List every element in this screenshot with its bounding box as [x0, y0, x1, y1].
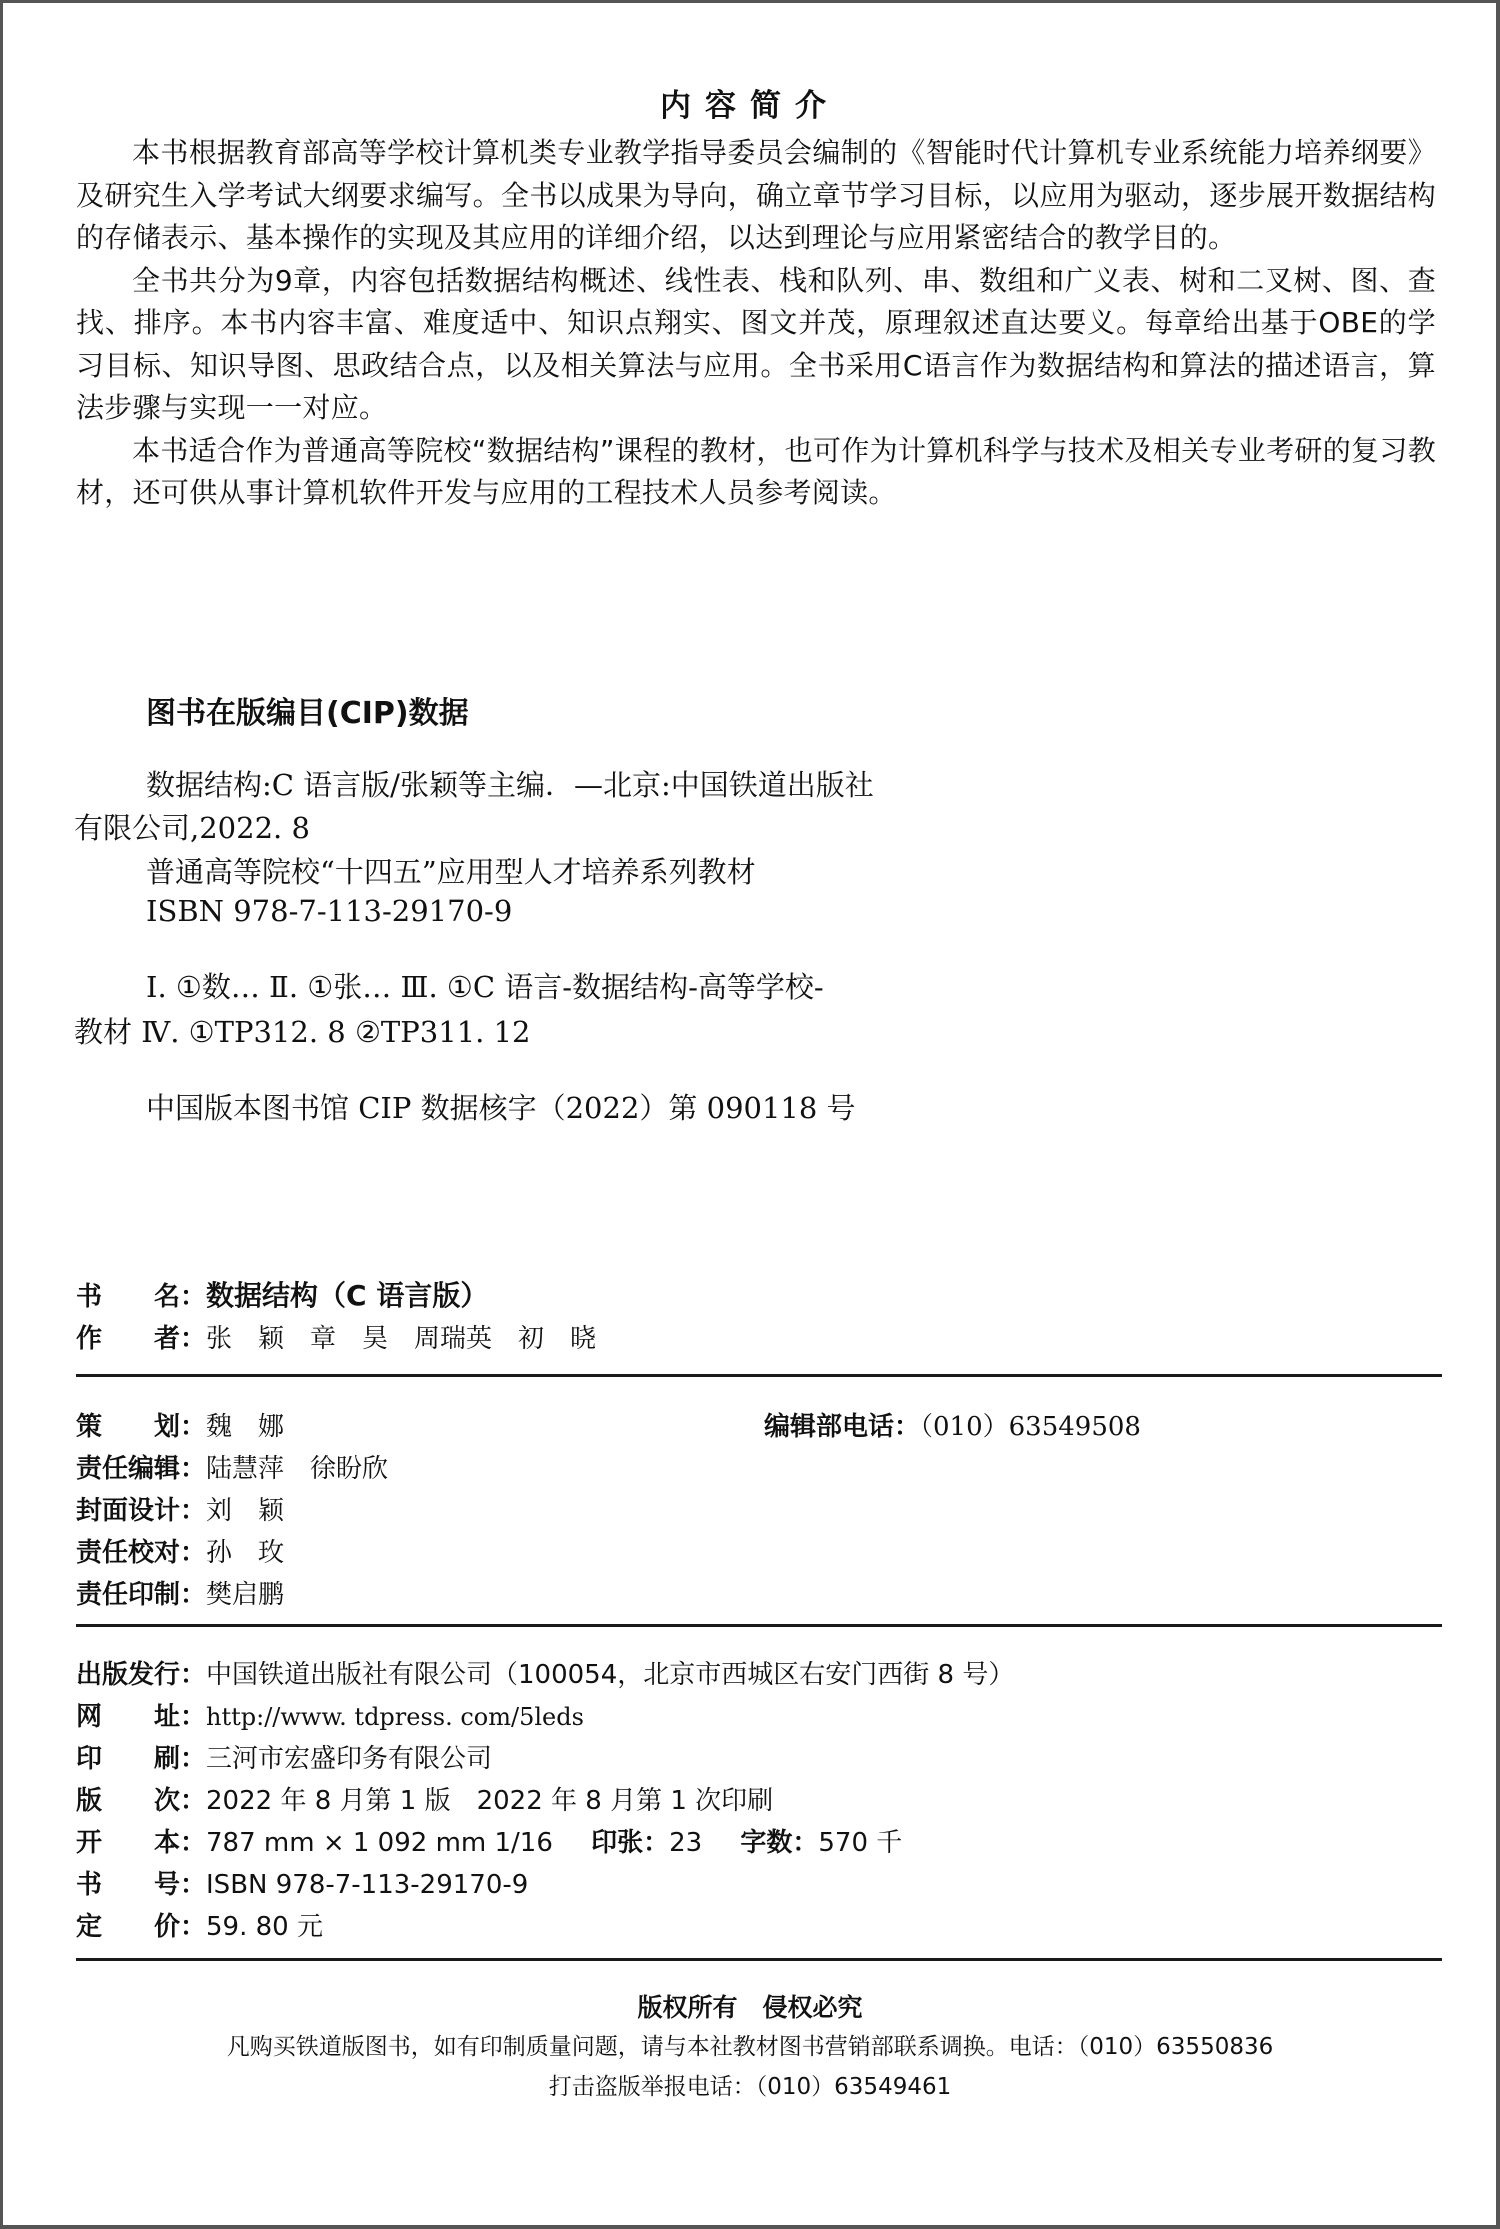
staff-label: 责任校对：	[76, 1538, 206, 1568]
editorial-phone: 编辑部电话：（010）63549508	[764, 1406, 1141, 1443]
book-author-label: 作 者：	[76, 1324, 206, 1354]
staff-value: 樊启鹏	[206, 1580, 284, 1610]
staff-label: 责任印制：	[76, 1580, 206, 1610]
staff-value: 魏 娜	[206, 1412, 284, 1442]
staff-label: 策 划：	[76, 1412, 206, 1442]
cip-line-isbn: ISBN 978-7-113-29170-9	[146, 894, 512, 928]
pub-value: 787 mm × 1 092 mm 1/16	[206, 1828, 553, 1858]
staff-label: 封面设计：	[76, 1496, 206, 1526]
pub-row: 书 号：ISBN 978-7-113-29170-9	[76, 1864, 528, 1901]
editorial-phone-value: （010）63549508	[920, 1412, 1141, 1442]
copyright-notice: 凡购买铁道版图书，如有印制质量问题，请与本社教材图书营销部联系调换。电话：（01…	[0, 2028, 1500, 2061]
cip-heading: 图书在版编目(CIP)数据	[146, 688, 469, 732]
sheets-label: 印张：	[591, 1828, 669, 1858]
intro-title: 内容简介	[0, 80, 1500, 125]
pub-label: 网 址：	[76, 1702, 206, 1732]
pub-value: 三河市宏盛印务有限公司	[206, 1744, 492, 1774]
intro-paragraph: 本书根据教育部高等学校计算机类专业教学指导委员会编制的《智能时代计算机专业系统能…	[76, 132, 1436, 260]
editorial-phone-label: 编辑部电话：	[764, 1412, 920, 1442]
pub-row: 出版发行：中国铁道出版社有限公司（100054，北京市西城区右安门西街 8 号）	[76, 1654, 1014, 1691]
pub-row: 印 刷：三河市宏盛印务有限公司	[76, 1738, 492, 1775]
pub-value: ISBN 978-7-113-29170-9	[206, 1870, 528, 1900]
staff-value: 刘 颖	[206, 1496, 284, 1526]
staff-label: 责任编辑：	[76, 1454, 206, 1484]
pub-label: 出版发行：	[76, 1660, 206, 1690]
cip-line-classification: Ⅰ. ①数… Ⅱ. ①张… Ⅲ. ①C 语言-数据结构-高等学校-	[146, 965, 824, 1006]
pub-value: 中国铁道出版社有限公司（100054，北京市西城区右安门西街 8 号）	[206, 1660, 1014, 1690]
pub-row: 版 次：2022 年 8 月第 1 版 2022 年 8 月第 1 次印刷	[76, 1780, 773, 1817]
intro-body: 本书根据教育部高等学校计算机类专业教学指导委员会编制的《智能时代计算机专业系统能…	[76, 132, 1436, 515]
pub-label: 版 次：	[76, 1786, 206, 1816]
pub-row: 定 价：59. 80 元	[76, 1906, 323, 1943]
pub-value: 2022 年 8 月第 1 版 2022 年 8 月第 1 次印刷	[206, 1786, 773, 1816]
pub-label: 印 刷：	[76, 1744, 206, 1774]
pub-website-link[interactable]: http://www. tdpress. com/5leds	[206, 1703, 584, 1731]
pub-label: 定 价：	[76, 1912, 206, 1942]
words-label: 字数：	[740, 1828, 818, 1858]
divider	[76, 1958, 1442, 1961]
staff-row: 封面设计：刘 颖	[76, 1490, 284, 1527]
book-title-row: 书 名：数据结构（C 语言版）	[76, 1274, 488, 1314]
divider	[76, 1374, 1442, 1377]
staff-row: 策 划：魏 娜	[76, 1406, 284, 1443]
divider	[76, 1624, 1442, 1627]
copyright-heading: 版权所有 侵权必究	[0, 1988, 1500, 2024]
staff-row: 责任印制：樊启鹏	[76, 1574, 284, 1611]
book-author-row: 作 者：张 颖 章 昊 周瑞英 初 晓	[76, 1318, 596, 1355]
cip-line-series: 普通高等院校“十四五”应用型人才培养系列教材	[146, 850, 756, 891]
pub-label: 书 号：	[76, 1870, 206, 1900]
sheets-value: 23	[669, 1828, 702, 1858]
staff-value: 陆慧萍 徐盼欣	[206, 1454, 388, 1484]
cip-line-publisher: 有限公司,2022. 8	[74, 806, 310, 847]
intro-paragraph: 全书共分为9章，内容包括数据结构概述、线性表、栈和队列、串、数组和广义表、树和二…	[76, 260, 1436, 430]
staff-row: 责任校对：孙 玫	[76, 1532, 284, 1569]
staff-value: 孙 玫	[206, 1538, 284, 1568]
staff-row: 责任编辑：陆慧萍 徐盼欣	[76, 1448, 388, 1485]
pub-label: 开 本：	[76, 1828, 206, 1858]
pub-row: 网 址：http://www. tdpress. com/5leds	[76, 1696, 584, 1733]
book-author-value: 张 颖 章 昊 周瑞英 初 晓	[206, 1324, 596, 1354]
cip-line-classification-cont: 教材 Ⅳ. ①TP312. 8 ②TP311. 12	[74, 1010, 530, 1051]
piracy-hotline: 打击盗版举报电话：（010）63549461	[0, 2068, 1500, 2101]
pub-row: 开 本：787 mm × 1 092 mm 1/16 印张：23 字数：570 …	[76, 1822, 902, 1859]
book-title-label: 书 名：	[76, 1282, 206, 1312]
pub-value: 59. 80 元	[206, 1912, 323, 1942]
book-title-value: 数据结构（C 语言版）	[206, 1279, 488, 1312]
cip-line-title: 数据结构:C 语言版/张颖等主编．—北京:中国铁道出版社	[146, 763, 874, 804]
cip-line-approval: 中国版本图书馆 CIP 数据核字（2022）第 090118 号	[146, 1086, 856, 1127]
words-value: 570 千	[818, 1828, 902, 1858]
intro-paragraph: 本书适合作为普通高等院校“数据结构”课程的教材，也可作为计算机科学与技术及相关专…	[76, 430, 1436, 515]
